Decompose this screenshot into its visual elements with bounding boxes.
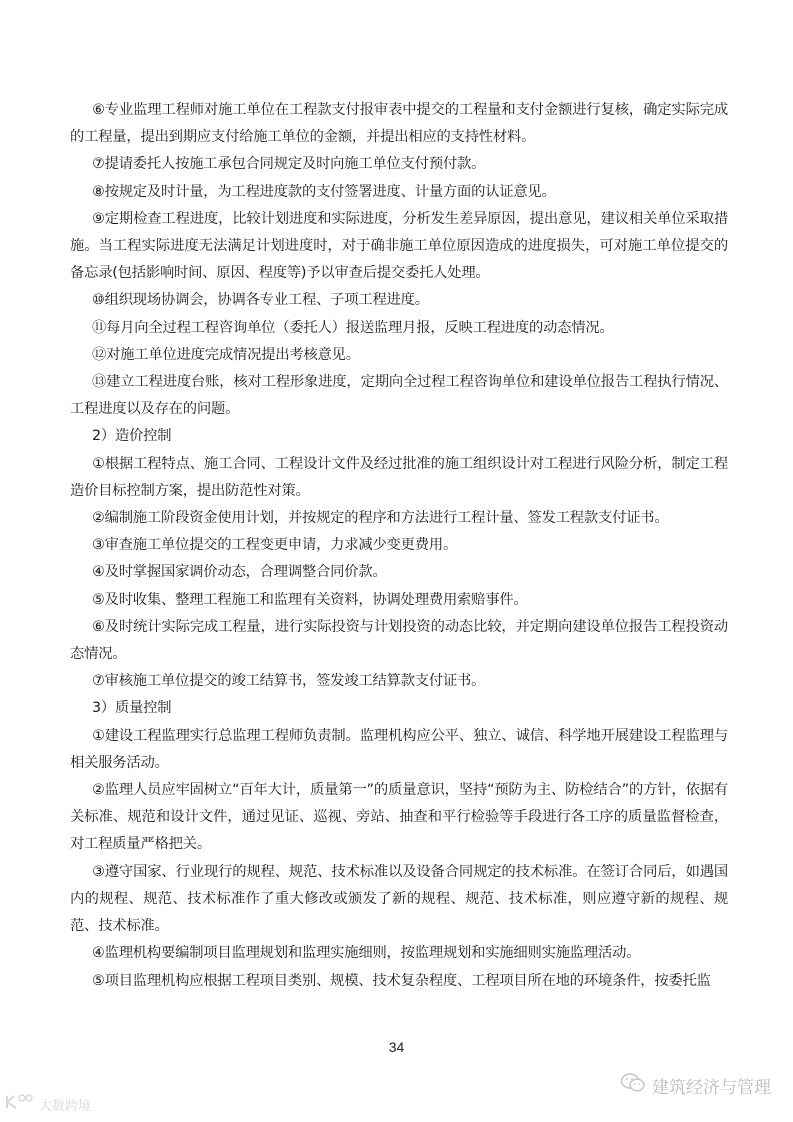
watermark-wechat: 建筑经济与管理 (620, 1072, 771, 1099)
paragraph: ③审查施工单位提交的工程变更申请，力求减少变更费用。 (70, 532, 728, 559)
paragraph: ④及时掌握国家调价动态，合理调整合同价款。 (70, 559, 728, 586)
paragraph: ③遵守国家、行业现行的规程、规范、技术标准以及设备合同规定的技术标准。在签订合同… (70, 859, 728, 941)
section-heading-cost-control: 2）造价控制 (70, 423, 728, 450)
document-page: ⑥专业监理工程师对施工单位在工程款支付报审表中提交的工程量和支付金额进行复核，确… (70, 97, 728, 995)
paragraph: ②监理人员应牢固树立“百年大计，质量第一”的质量意识，坚持“预防为主、防检结合”… (70, 777, 728, 859)
paragraph: ①建设工程监理实行总监理工程师负责制。监理机构应公平、独立、诚信、科学地开展建设… (70, 723, 728, 777)
paragraph: ⑧按规定及时计量，为工程进度款的支付签署进度、计量方面的认证意见。 (70, 179, 728, 206)
paragraph: ⑩组织现场协调会，协调各专业工程、子项工程进度。 (70, 287, 728, 314)
watermark-text: 大数跨境 (39, 1095, 91, 1114)
logo-icon (4, 1094, 34, 1114)
paragraph: ⑦提请委托人按施工承包合同规定及时向施工单位支付预付款。 (70, 151, 728, 178)
paragraph: ①根据工程特点、施工合同、工程设计文件及经过批准的施工组织设计对工程进行风险分析… (70, 451, 728, 505)
paragraph: ②编制施工阶段资金使用计划，并按规定的程序和方法进行工程计量、签发工程款支付证书… (70, 505, 728, 532)
watermark-text: 建筑经济与管理 (652, 1073, 771, 1098)
page-number: 34 (0, 1039, 793, 1055)
paragraph: ⑦审核施工单位提交的竣工结算书，签发竣工结算款支付证书。 (70, 668, 728, 695)
wechat-icon (620, 1072, 646, 1099)
paragraph: ⑪每月向全过程工程咨询单位（委托人）报送监理月报，反映工程进度的动态情况。 (70, 315, 728, 342)
paragraph: ⑬建立工程进度台账，核对工程形象进度，定期向全过程工程咨询单位和建设单位报告工程… (70, 369, 728, 423)
watermark-logo: 大数跨境 (4, 1094, 91, 1114)
section-heading-quality-control: 3）质量控制 (70, 695, 728, 722)
paragraph: ⑨定期检查工程进度，比较计划进度和实际进度，分析发生差异原因，提出意见，建议相关… (70, 206, 728, 288)
paragraph: ⑤及时收集、整理工程施工和监理有关资料，协调处理费用索赔事件。 (70, 587, 728, 614)
paragraph: ④监理机构要编制项目监理规划和监理实施细则，按监理规划和实施细则实施监理活动。 (70, 940, 728, 967)
paragraph: ⑫对施工单位进度完成情况提出考核意见。 (70, 342, 728, 369)
paragraph: ⑥专业监理工程师对施工单位在工程款支付报审表中提交的工程量和支付金额进行复核，确… (70, 97, 728, 151)
paragraph: ⑥及时统计实际完成工程量，进行实际投资与计划投资的动态比较，并定期向建设单位报告… (70, 614, 728, 668)
paragraph: ⑤项目监理机构应根据工程项目类别、规模、技术复杂程度、工程项目所在地的环境条件，… (70, 968, 728, 995)
